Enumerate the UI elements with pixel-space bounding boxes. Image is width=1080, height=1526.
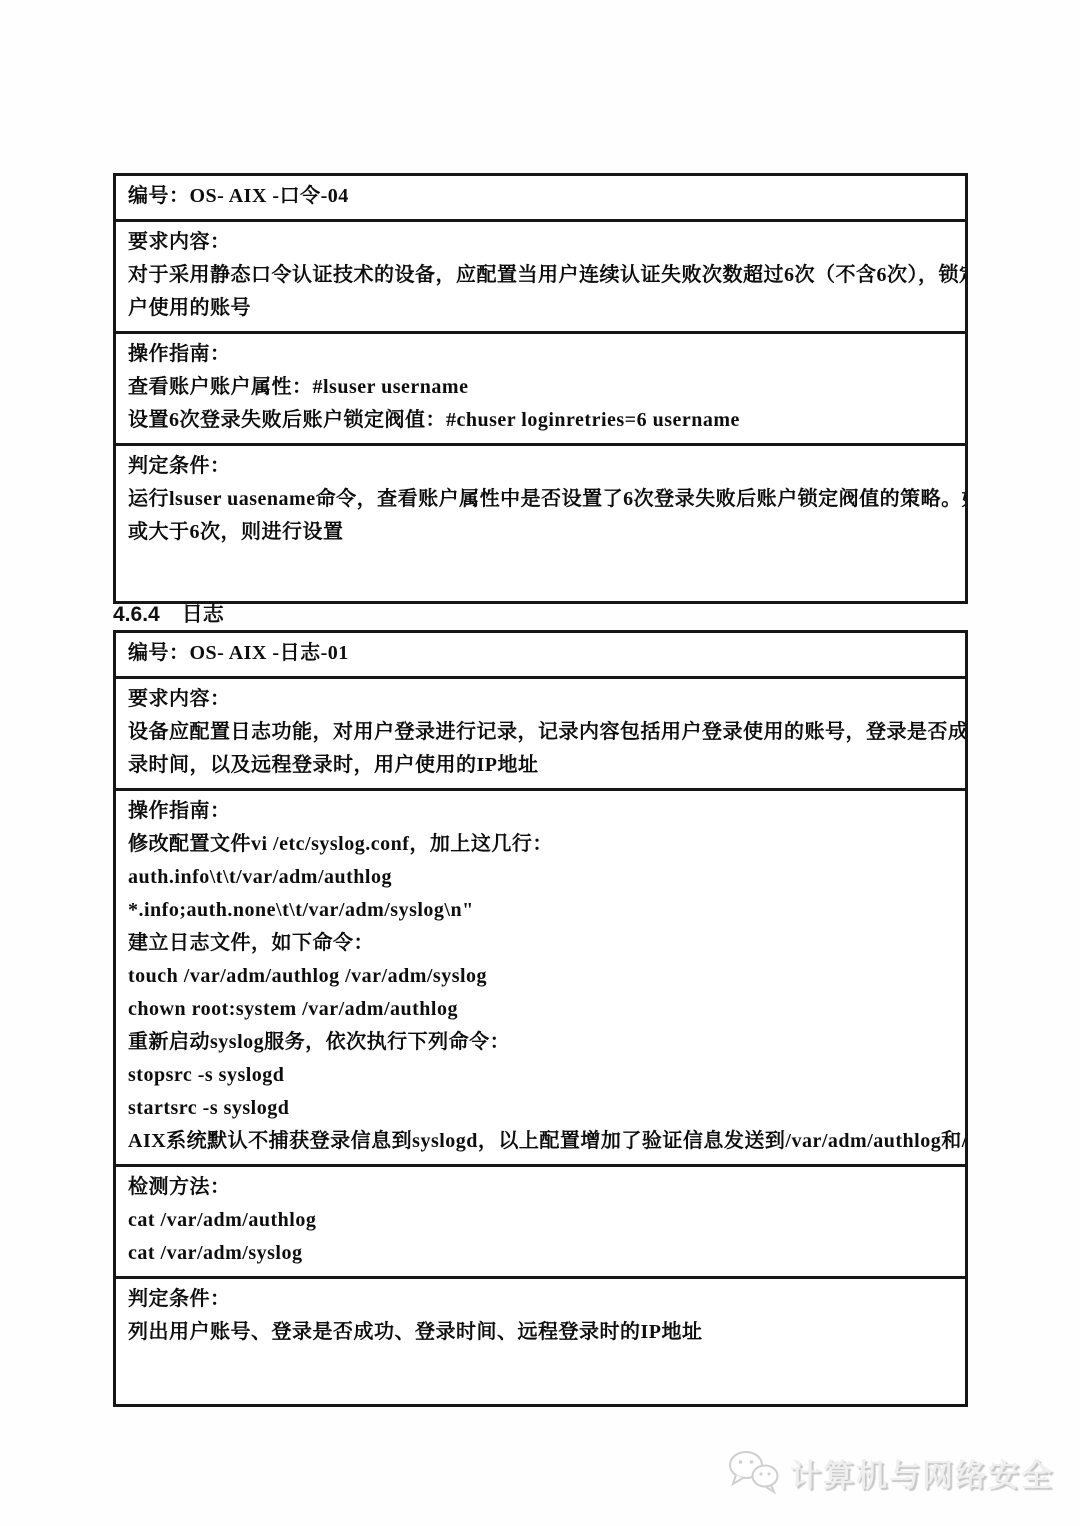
table-line: 编号：OS- AIX -日志-01 [128, 637, 955, 670]
table-row: 操作指南：查看账户账户属性：#lsuser username设置6次登录失败后账… [116, 331, 965, 443]
table-line: startsrc -s syslogd [128, 1092, 955, 1125]
table-line: cat /var/adm/syslog [128, 1237, 955, 1270]
table-line: auth.info\t\t/var/adm/authlog [128, 861, 955, 894]
table-line: 操作指南： [128, 338, 955, 371]
spec-table-log: 编号：OS- AIX -日志-01要求内容：设备应配置日志功能，对用户登录进行记… [113, 630, 968, 1407]
table-line: 要求内容： [128, 683, 955, 716]
table-line: 列出用户账号、登录是否成功、登录时间、远程登录时的IP地址 [128, 1316, 955, 1349]
table-line: cat /var/adm/authlog [128, 1204, 955, 1237]
spec-table-password: 编号：OS- AIX -口令-04要求内容：对于采用静态口令认证技术的设备，应配… [113, 173, 968, 604]
table-line: 重新启动syslog服务，依次执行下列命令： [128, 1026, 955, 1059]
table-line: 设备应配置日志功能，对用户登录进行记录，记录内容包括用户登录使用的账号，登录是否… [128, 716, 955, 749]
table-line: chown root:system /var/adm/authlog [128, 993, 955, 1026]
table-row: 判定条件：列出用户账号、登录是否成功、登录时间、远程登录时的IP地址 [116, 1276, 965, 1404]
table-row: 检测方法：cat /var/adm/authlogcat /var/adm/sy… [116, 1164, 965, 1276]
table-line: 要求内容： [128, 226, 955, 259]
table-row: 判定条件：运行lsuser uasename命令，查看账户属性中是否设置了6次登… [116, 443, 965, 601]
table-line: 判定条件： [128, 450, 955, 483]
table-line: 查看账户账户属性：#lsuser username [128, 371, 955, 404]
table-line: 编号：OS- AIX -口令-04 [128, 180, 955, 213]
watermark: 计算机与网络安全 [726, 1448, 1054, 1496]
table-line: AIX系统默认不捕获登录信息到syslogd，以上配置增加了验证信息发送到/va… [128, 1125, 955, 1158]
table-line: touch /var/adm/authlog /var/adm/syslog [128, 960, 955, 993]
table-line: 建立日志文件，如下命令： [128, 927, 955, 960]
table-line: 检测方法： [128, 1171, 955, 1204]
wechat-icon [726, 1448, 782, 1496]
table-line: 运行lsuser uasename命令，查看账户属性中是否设置了6次登录失败后账… [128, 483, 955, 516]
section-title: 日志 [182, 603, 224, 626]
section-heading: 4.6.4日志 [113, 598, 224, 628]
table-row: 编号：OS- AIX -日志-01 [116, 633, 965, 676]
table-row: 要求内容：对于采用静态口令认证技术的设备，应配置当用户连续认证失败次数超过6次（… [116, 219, 965, 331]
table-line: 设置6次登录失败后账户锁定阀值：#chuser loginretries=6 u… [128, 404, 955, 437]
table-row: 操作指南：修改配置文件vi /etc/syslog.conf，加上这几行：aut… [116, 788, 965, 1164]
document-page: 编号：OS- AIX -口令-04要求内容：对于采用静态口令认证技术的设备，应配… [0, 0, 1080, 1526]
table-line: stopsrc -s syslogd [128, 1059, 955, 1092]
table-line: 户使用的账号 [128, 292, 955, 325]
table-line: 对于采用静态口令认证技术的设备，应配置当用户连续认证失败次数超过6次（不含6次）… [128, 259, 955, 292]
table-row: 要求内容：设备应配置日志功能，对用户登录进行记录，记录内容包括用户登录使用的账号… [116, 676, 965, 788]
section-number: 4.6.4 [113, 603, 160, 626]
table-line: 录时间，以及远程登录时，用户使用的IP地址 [128, 749, 955, 782]
table-line: 判定条件： [128, 1283, 955, 1316]
table-line: 或大于6次，则进行设置 [128, 516, 955, 549]
watermark-text: 计算机与网络安全 [790, 1450, 1054, 1495]
table-line: *.info;auth.none\t\t/var/adm/syslog\n" [128, 894, 955, 927]
table-row: 编号：OS- AIX -口令-04 [116, 176, 965, 219]
table-line: 修改配置文件vi /etc/syslog.conf，加上这几行： [128, 828, 955, 861]
table-line: 操作指南： [128, 795, 955, 828]
